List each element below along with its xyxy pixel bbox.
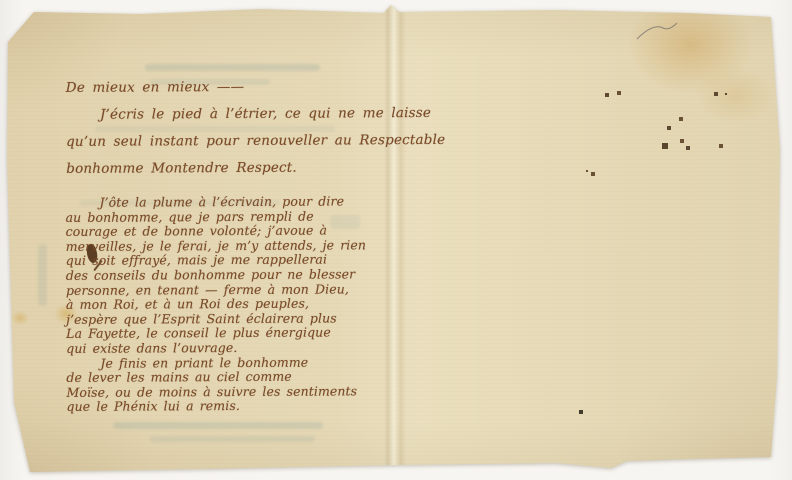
ghost-text-bleed (113, 422, 323, 429)
letter-line: J’écris le pied à l’étrier, ce qui ne me… (66, 100, 406, 129)
letter-line: De mieux en mieux —— (66, 73, 406, 102)
letter-body-text: J’ôte la plume à l’écrivain, pour direau… (65, 194, 406, 415)
letter-line: qu’un seul instant pour renouveller au R… (66, 127, 406, 156)
ghost-text-bleed (38, 244, 47, 306)
letter-line: des conseils du bonhomme pour ne blesser (66, 267, 406, 283)
letter-line: que le Phénix lui a remis. (66, 398, 406, 414)
ink-specks (0, 0, 2, 2)
letter-line: bonhomme Montendre Respect. (66, 154, 406, 183)
fiber-mark (636, 20, 678, 42)
paper-shadow: De mieux en mieux ——J’écris le pied à l’… (0, 0, 792, 480)
letter-opening-text: De mieux en mieux ——J’écris le pied à l’… (66, 73, 407, 183)
letter-page: De mieux en mieux ——J’écris le pied à l’… (0, 0, 792, 480)
ghost-text-bleed (145, 64, 320, 71)
scan-area: De mieux en mieux ——J’écris le pied à l’… (0, 0, 792, 480)
ghost-text-bleed (150, 436, 315, 442)
